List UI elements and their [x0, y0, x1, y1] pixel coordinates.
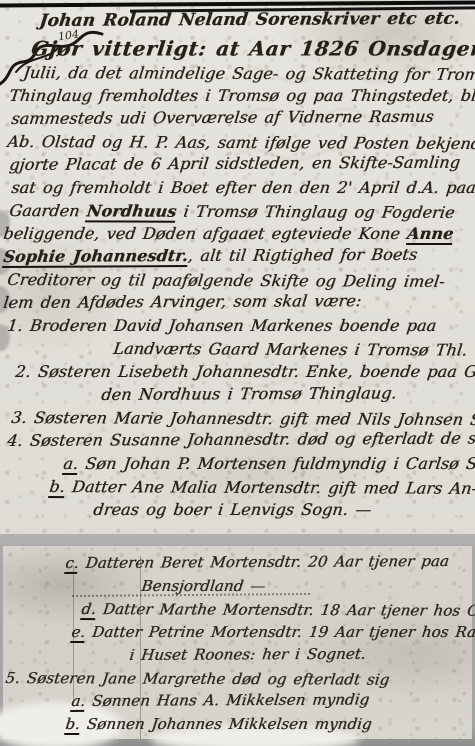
handwriting-text: Creditorer og til paafølgende Skifte og …	[6, 270, 446, 291]
underlined-name: Nordhuus	[85, 201, 177, 222]
handwriting-text: i Huset Roones: her i Sognet.	[128, 645, 367, 664]
manuscript-scan: { "document": { "page_number": "104", "c…	[0, 0, 475, 746]
handwriting-text: sat og fremholdt i Boet efter den den 2'…	[10, 178, 475, 197]
handwriting-text: Søn Johan P. Mortensen fuldmyndig i Carl…	[77, 454, 475, 473]
manuscript-line: b. Sønnen Johannes Mikkelsen myndig	[64, 713, 475, 736]
handwriting-text: gjorte Placat de 6 April sidstleden, en …	[8, 152, 461, 173]
manuscript-line: 1. Broderen David Johansen Markenes boen…	[6, 314, 475, 337]
handwriting-text: lem den Afdødes Arvinger, som skal være:	[2, 291, 362, 312]
manuscript-line: i Huset Roones: her i Sognet.	[128, 642, 475, 667]
handwriting-text: Datter Marthe Mortensdtr. 18 Aar tjener …	[95, 600, 475, 620]
manuscript-line: 4. Søsteren Susanne Johannesdtr. død og …	[6, 426, 475, 451]
handwriting-text: 4. Søsteren Susanne Johannesdtr. død og …	[6, 428, 475, 450]
appendix-text-block: c. Datteren Beret Mortensdtr. 20 Aar tje…	[0, 552, 475, 736]
manuscript-line: Julii, da det almindelige Sage- og Skatt…	[22, 61, 475, 86]
main-text-block: Johan Roland Neland Sorenskriver etc etc…	[0, 10, 475, 521]
handwriting-text: Sønnen Hans A. Mikkelsen myndig	[84, 690, 370, 709]
underlined-name: Sophie Johannesdtr.	[2, 246, 189, 268]
handwriting-text: beliggende, ved Døden afgaaet egteviede …	[2, 224, 408, 243]
manuscript-line: Gaarden Nordhuus i Tromsø Thinglaug og F…	[8, 199, 475, 224]
manuscript-line: Sophie Johannesdtr., alt til Rigtighed f…	[2, 242, 475, 267]
manuscript-line: a. Sønnen Hans A. Mikkelsen myndig	[70, 688, 475, 713]
manuscript-line: den Nordhuus i Tromsø Thinglaug.	[100, 381, 475, 406]
manuscript-line: e. Datter Petrine Mortensdtr. 19 Aar tje…	[70, 621, 475, 644]
manuscript-line: Johan Roland Neland Sorenskriver etc etc…	[38, 8, 475, 33]
manuscript-line: gjorte Placat de 6 April sidstleden, en …	[8, 150, 475, 175]
handwriting-text: 5. Søsteren Jane Margrethe død og efterl…	[4, 669, 390, 689]
underlined-name: Anne	[406, 224, 455, 245]
handwriting-text: Datteren Beret Mortensdtr. 20 Aar tjener…	[78, 552, 450, 572]
manuscript-line: Gjør vitterligt: at Aar 1826 Onsdagen de…	[30, 33, 475, 61]
manuscript-line: d. Datter Marthe Mortensdtr. 18 Aar tjen…	[80, 598, 475, 623]
handwriting-text: Gaarden	[8, 201, 88, 220]
manuscript-line: lem den Afdødes Arvinger, som skal være:	[2, 288, 475, 313]
manuscript-line: Bensjordland —	[140, 575, 475, 598]
handwriting-text: den Nordhuus i Tromsø Thinglaug.	[100, 383, 398, 404]
handwriting-text: Julii, da det almindelige Sage- og Skatt…	[22, 63, 475, 84]
handwriting-text: dreas og boer i Lenvigs Sogn. —	[92, 500, 372, 519]
handwriting-text: 1. Broderen David Johansen Markenes boen…	[6, 316, 437, 335]
handwriting-text: Bensjordland —	[140, 577, 266, 595]
handwriting-text: , alt til Rigtighed for Boets	[187, 244, 418, 264]
handwriting-text: 2. Søsteren Lisebeth Johannesdtr. Enke, …	[14, 362, 475, 381]
manuscript-line: dreas og boer i Lenvigs Sogn. —	[92, 498, 475, 521]
manuscript-line: Thinglaug fremholdtes i Tromsø og paa Th…	[8, 84, 475, 107]
handwriting-text: Datter Ane Malia Mortensdtr. gift med La…	[64, 477, 475, 498]
manuscript-line: sammesteds udi Overværelse af Vidnerne R…	[10, 104, 475, 129]
manuscript-line: c. Datteren Beret Mortensdtr. 20 Aar tje…	[64, 550, 475, 575]
handwriting-text: sammesteds udi Overværelse af Vidnerne R…	[10, 106, 435, 127]
handwriting-text: Thinglaug fremholdtes i Tromsø og paa Th…	[8, 86, 475, 105]
handwriting-text: i Tromsø Thinglaug og Fogderie	[175, 201, 456, 221]
manuscript-line: 2. Søsteren Lisebeth Johannesdtr. Enke, …	[14, 360, 475, 383]
handwriting-text: Landværts Gaard Markenes i Tromsø Thl.	[112, 339, 468, 360]
handwriting-text: Gjør vitterligt: at Aar 1826 Onsdagen de…	[30, 37, 475, 61]
manuscript-line: sat og fremholdt i Boet efter den den 2'…	[10, 176, 475, 199]
handwriting-text: Sønnen Johannes Mikkelsen myndig	[79, 715, 373, 733]
handwriting-text: Ab. Olstad og H. P. Aas, samt ifølge ved…	[6, 132, 475, 153]
manuscript-line: b. Datter Ane Malia Mortensdtr. gift med…	[48, 475, 475, 500]
manuscript-line: beliggende, ved Døden afgaaet egteviede …	[2, 222, 475, 245]
handwriting-text: Johan Roland Neland Sorenskriver etc etc…	[38, 9, 461, 31]
handwriting-text: 3. Søsteren Marie Johannesdtr. gift med …	[10, 408, 475, 429]
handwriting-text: Datter Petrine Mortensdtr. 19 Aar tjener…	[84, 623, 475, 641]
manuscript-line: a. Søn Johan P. Mortensen fuldmyndig i C…	[62, 452, 475, 475]
manuscript-line: Landværts Gaard Markenes i Tromsø Thl.	[112, 337, 475, 362]
